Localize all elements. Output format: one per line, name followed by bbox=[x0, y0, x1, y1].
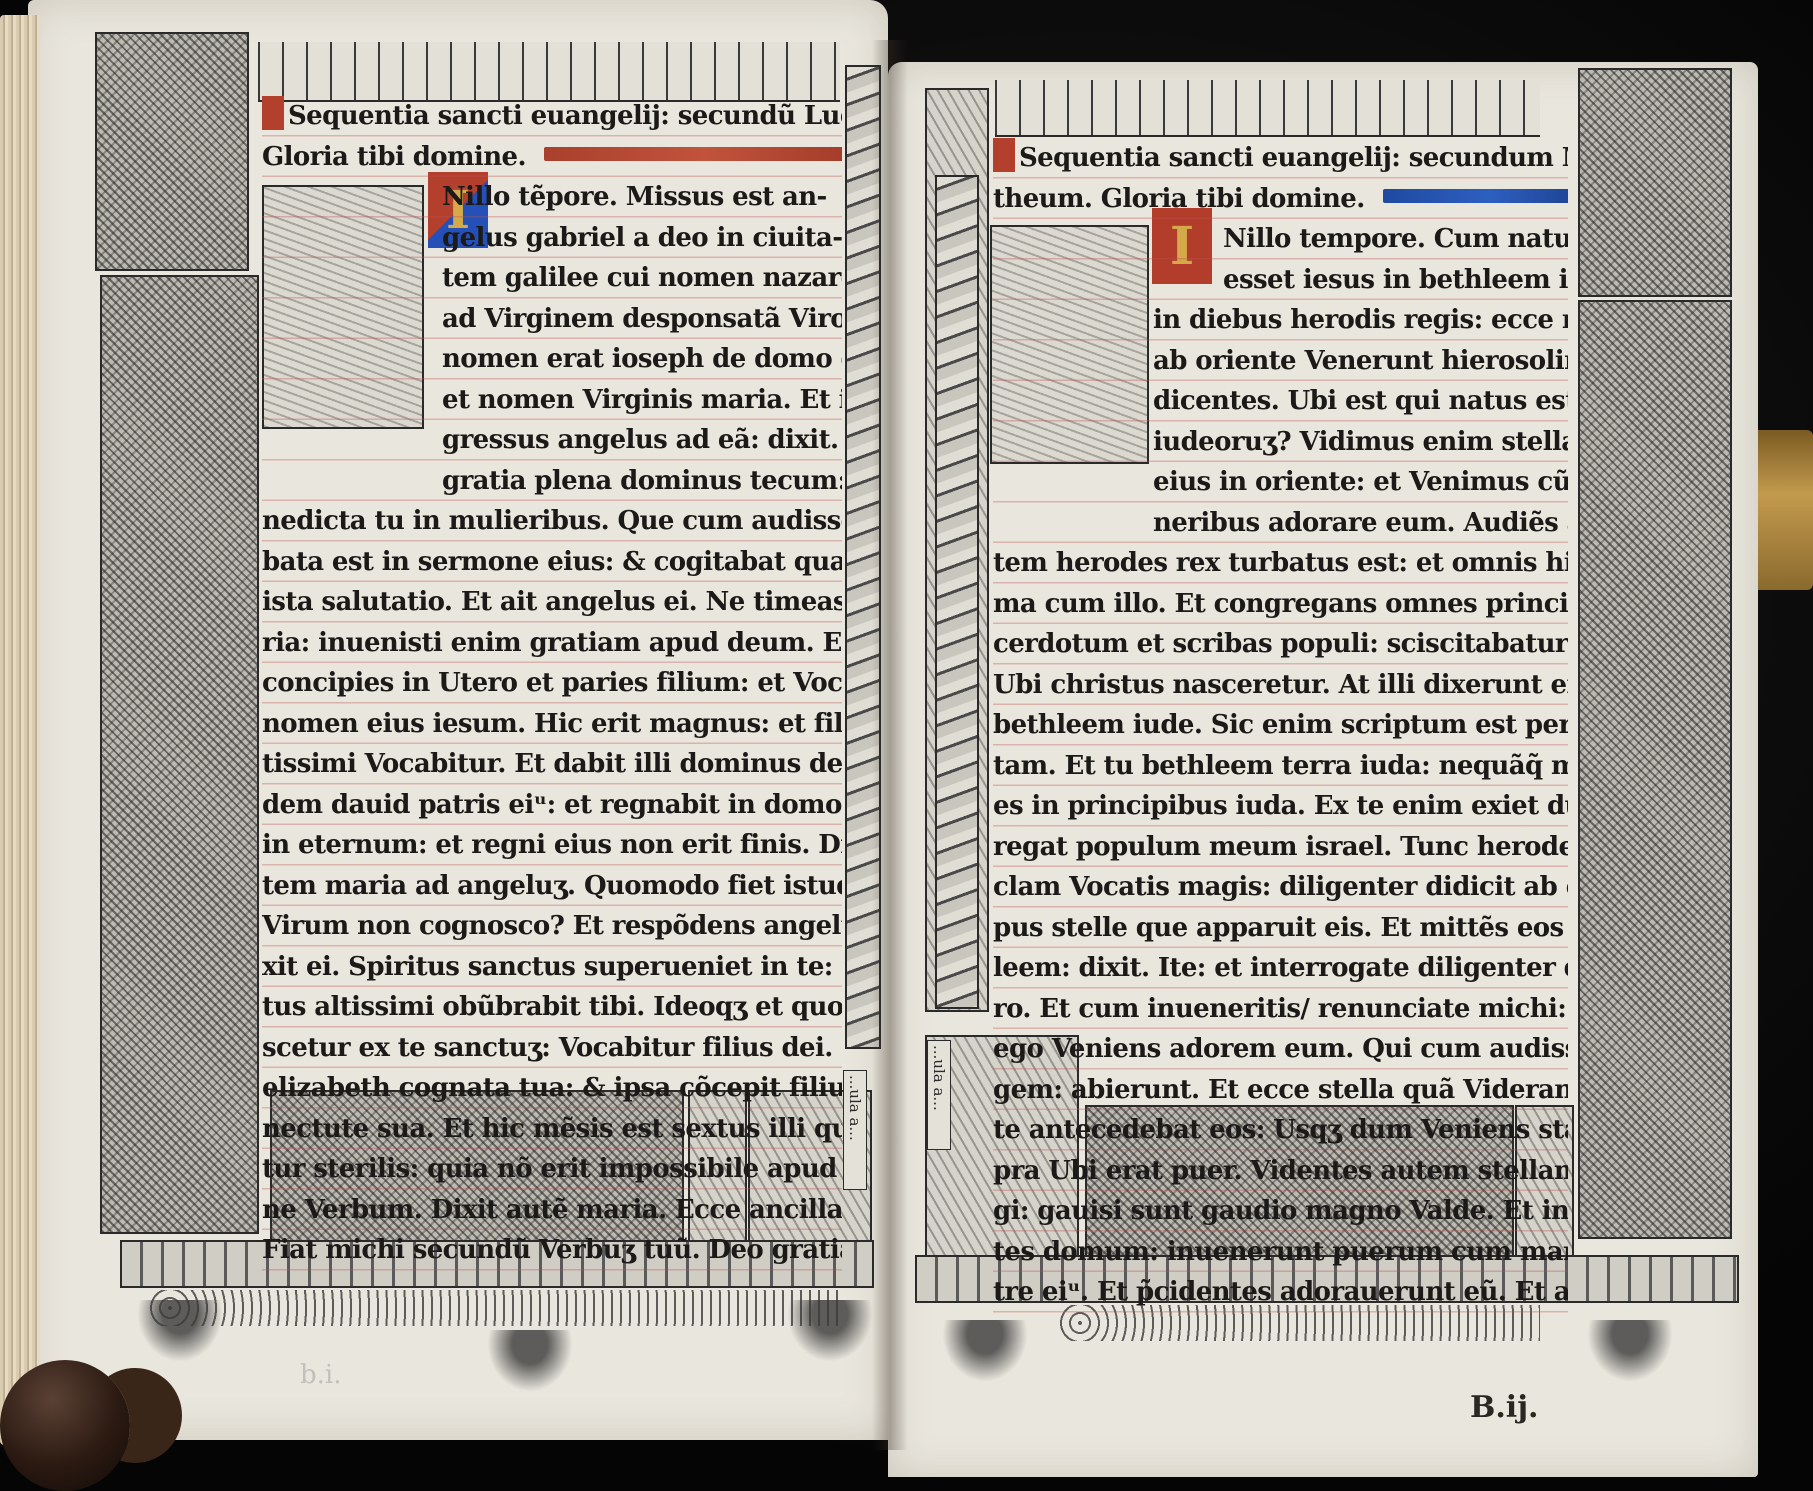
text-line: ad Virginem desponsatã Viro cui bbox=[262, 299, 842, 340]
text-line: xit ei. Spiritus sanctus superueniet in … bbox=[262, 947, 842, 988]
text-line: leem: dixit. Ite: et interrogate diligen… bbox=[993, 948, 1568, 989]
left-text-block: Sequentia sancti euangelij: secundũ Luc… bbox=[262, 96, 842, 1271]
right-heading-line-1: Sequentia sancti euangelij: secundum Mat… bbox=[993, 138, 1568, 179]
left-heading-line-2: Gloria tibi domine. bbox=[262, 137, 842, 178]
text-line: tre eiᵘ. Et p̃cidentes adorauerunt eũ. … bbox=[993, 1272, 1568, 1313]
page-edge-stack bbox=[0, 15, 40, 1445]
text-line: ria: inuenisti enim gratiam apud deum. E… bbox=[262, 623, 842, 664]
left-outer-border-foliage bbox=[100, 275, 259, 1234]
ghost-folio-bleedthrough: b.i. bbox=[300, 1360, 342, 1390]
left-scroll-ornament bbox=[150, 1290, 840, 1326]
text-line: dem dauid patris eiᵘ: et regnabit in dom… bbox=[262, 785, 842, 826]
gold-ribbon-marker bbox=[1755, 430, 1813, 590]
rubric-initial-S bbox=[262, 96, 284, 130]
book-clasp bbox=[0, 1360, 130, 1491]
text-line: clam Vocatis magis: diligenter didicit a… bbox=[993, 867, 1568, 908]
text-line: in diebus herodis regis: ecce magi bbox=[993, 300, 1568, 341]
text-line: esset iesus in bethleem iude/ bbox=[993, 260, 1568, 301]
text-line: bata est in sermone eius: & cogitabat qu… bbox=[262, 542, 842, 583]
right-heading-line-2: theum. Gloria tibi domine. bbox=[993, 179, 1568, 220]
text-line: gelus gabriel a deo in ciuita- bbox=[262, 218, 842, 259]
text-line: pus stelle que apparuit eis. Et mittẽs … bbox=[993, 908, 1568, 949]
text-line: et nomen Virginis maria. Et in- bbox=[262, 380, 842, 421]
right-top-frieze bbox=[995, 80, 1540, 137]
right-sibyl-banner: ...ula a... bbox=[927, 1040, 951, 1150]
text-line: scetur ex te sanctuʒ: Vocabitur filius d… bbox=[262, 1028, 842, 1069]
right-corner-woodcut-beast bbox=[1578, 68, 1732, 297]
text-line: nedicta tu in mulieribus. Que cum audiss… bbox=[262, 501, 842, 542]
text-line: Fiat michi secundũ Verbuʒ tuũ. Deo gra… bbox=[262, 1230, 842, 1271]
right-left-pendant-ornament bbox=[935, 1320, 1035, 1390]
left-top-frieze bbox=[258, 42, 840, 102]
text-line: ma cum illo. Et congregans omnes princip… bbox=[993, 584, 1568, 625]
text-line: nectute sua. Et hic mẽsis est sextus il… bbox=[262, 1109, 842, 1150]
signature-mark: B.ij. bbox=[1470, 1390, 1539, 1425]
text-line: tissimi Vocabitur. Et dabit illi dominus… bbox=[262, 744, 842, 785]
text-line: ro. Et cum inueneritis/ renunciate michi… bbox=[993, 989, 1568, 1030]
text-line: bethleem iude. Sic enim scriptum est per… bbox=[993, 705, 1568, 746]
text-line: tes domum: inuenerunt puerum cum maria m… bbox=[993, 1232, 1568, 1273]
red-line-filler bbox=[544, 147, 842, 161]
text-line: gi: gauisi sunt gaudio magno Valde. Et i… bbox=[993, 1191, 1568, 1232]
right-right-pendant-ornament bbox=[1580, 1320, 1680, 1390]
right-text-block: Sequentia sancti euangelij: secundum Mat… bbox=[993, 138, 1568, 1313]
left-corner-woodcut-piper bbox=[95, 32, 249, 271]
text-line: cerdotum et scribas populi: sciscitabatu… bbox=[993, 624, 1568, 665]
text-line: te antecedebat eos: Usqʒ dum Veniens sta… bbox=[993, 1110, 1568, 1151]
text-line: nomen eius iesum. Hic erit magnus: et fi… bbox=[262, 704, 842, 745]
text-line: tam. Et tu bethleem terra iuda: nequãq̃… bbox=[993, 746, 1568, 787]
text-line: Nillo tempore. Cum natus bbox=[993, 219, 1568, 260]
center-pendant-ornament bbox=[480, 1330, 580, 1400]
text-line: tem herodes rex turbatus est: et omnis h… bbox=[993, 543, 1568, 584]
left-pendant-ornament bbox=[130, 1300, 230, 1370]
text-line: Nillo tẽpore. Missus est an- bbox=[262, 177, 842, 218]
text-line: dicentes. Ubi est qui natus est rex bbox=[993, 381, 1568, 422]
text-line: gratia plena dominus tecum: be- bbox=[262, 461, 842, 502]
text-line: in eternum: et regni eius non erit finis… bbox=[262, 825, 842, 866]
text-line: Virum non cognosco? Et respõdens angelu… bbox=[262, 906, 842, 947]
blue-line-filler bbox=[1383, 189, 1568, 203]
right-inner-border-twisted-column bbox=[935, 175, 979, 1009]
text-line: elizabeth cognata tua: & ipsa cõcepit f… bbox=[262, 1068, 842, 1109]
rubric-initial-S bbox=[993, 138, 1015, 172]
text-line: pra Ubi erat puer. Videntes autem stella… bbox=[993, 1151, 1568, 1192]
text-line: concipies in Utero et paries filium: et … bbox=[262, 663, 842, 704]
text-line: ego Veniens adorem eum. Qui cum audissen… bbox=[993, 1029, 1568, 1070]
right-pendant-ornament bbox=[780, 1300, 880, 1370]
text-line: nomen erat ioseph de domo dauid: bbox=[262, 339, 842, 380]
text-line: tur sterilis: quia nõ erit impossibile … bbox=[262, 1149, 842, 1190]
text-line: tus altissimi obũbrabit tibi. Ideoqʒ et… bbox=[262, 987, 842, 1028]
text-line: ista salutatio. Et ait angelus ei. Ne ti… bbox=[262, 582, 842, 623]
text-line: ne Verbum. Dixit autẽ maria. Ecce ancil… bbox=[262, 1190, 842, 1231]
left-heading-line-1: Sequentia sancti euangelij: secundũ Luc… bbox=[262, 96, 842, 137]
left-sibyl-banner: ...ula a... bbox=[843, 1070, 867, 1190]
text-line: Ubi christus nasceretur. At illi dixerun… bbox=[993, 665, 1568, 706]
text-line: iudeoruʒ? Vidimus enim stellam bbox=[993, 422, 1568, 463]
text-line: tem galilee cui nomen nazareth: bbox=[262, 258, 842, 299]
text-line: eius in oriente: et Venimus cũ mu- bbox=[993, 462, 1568, 503]
book-gutter bbox=[872, 40, 908, 1450]
text-line: gressus angelus ad eã: dixit. Aue bbox=[262, 420, 842, 461]
text-line: neribus adorare eum. Audiẽs au- bbox=[993, 503, 1568, 544]
text-line: regat populum meum israel. Tunc herodes/ bbox=[993, 827, 1568, 868]
text-line: tem maria ad angeluʒ. Quomodo fiet istud… bbox=[262, 866, 842, 907]
text-line: ab oriente Venerunt hierosolimaʒ bbox=[993, 341, 1568, 382]
text-line: gem: abierunt. Et ecce stella quã Vider… bbox=[993, 1070, 1568, 1111]
text-line: es in principibus iuda. Ex te enim exiet… bbox=[993, 786, 1568, 827]
right-outer-border-foliage bbox=[1578, 300, 1732, 1239]
